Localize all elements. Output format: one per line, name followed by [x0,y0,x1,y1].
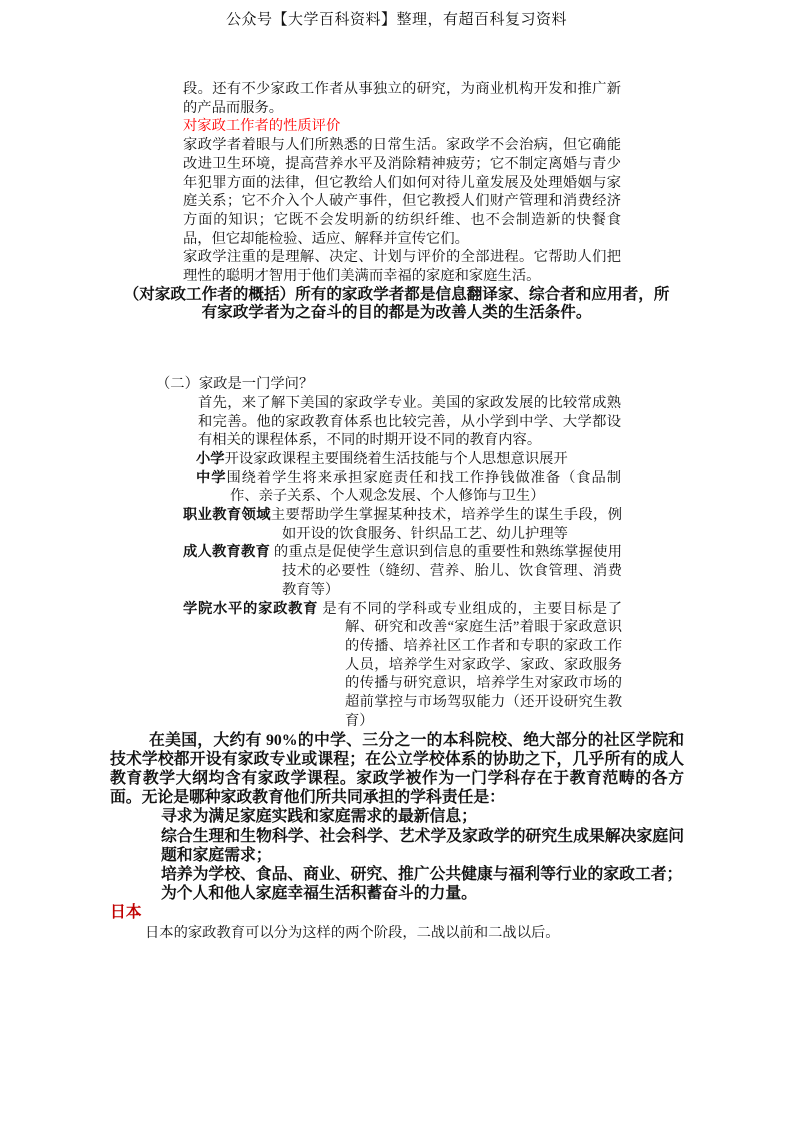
level-label-middle: 中学 [196,470,226,486]
responsibility-item-strength: 为个人和他人家庭幸福生活积蓄奋斗的力量。 [110,884,684,903]
paragraph-bold-summary: （对家政工作者的概括）所有的家政学者都是信息翻译家、综合者和应用者，所有家政学者… [118,286,675,323]
page-header-watermark: 公众号【大学百科资料】整理，有超百科复习资料 [0,8,793,29]
paragraph-us-intro: 首先，来了解下美国的家政学专业。美国的家政发展的比较常成熟和完善。他的家政教育体… [198,394,621,450]
level-text-primary: 开设家政课程主要围绕着生活技能与个人思想意识展开 [225,451,568,467]
list-item-adult-education: 成人教育教育 的重点是促使学生意识到信息的重要性和熟练掌握使用技术的必要性（缝纫… [282,543,622,599]
level-label-college: 学院水平的家政教育 [183,601,318,617]
paragraph-us-statistics: 在美国，大约有 90%的中学、三分之一的本科院校、绝大部分的社区学院和技术学校都… [110,731,684,808]
document-page: 公众号【大学百科资料】整理，有超百科复习资料 段。还有不少家政工作者从事独立的研… [0,0,793,1122]
section-heading-two: （二）家政是一门学问？ [156,375,621,394]
level-text-college: 是有不同的学科或专业组成的，主要目标是了解、研究和改善“家庭生活”着眼于家政意识… [318,601,622,729]
list-item-primary-school: 小学开设家政课程主要围绕着生活技能与个人思想意识展开 [196,450,621,469]
level-text-middle: 围绕着学生将来承担家庭责任和找工作挣钱做准备（食品制作、亲子关系、个人观念发展、… [226,470,621,505]
level-label-adult: 成人教育教育 [183,544,270,560]
paragraph-evaluation-detail: 家政学者着眼与人们所熟悉的日常生活。家政学不会治病，但它确能改进卫生环境，提高营… [183,136,621,248]
paragraph-intro-continuation: 段。还有不少家政工作者从事独立的研究，为商业机构开发和推广新的产品而服务。 [183,80,621,117]
responsibility-item-information: 寻求为满足家庭实践和家庭需求的最新信息； [161,807,684,826]
level-text-adult: 的重点是促使学生意识到信息的重要性和熟练掌握使用技术的必要性（缝纫、营养、胎儿、… [270,544,622,597]
level-label-vocational: 职业教育领域 [183,507,271,523]
responsibility-item-research: 综合生理和生物科学、社会科学、艺术学及家政学的研究生成果解决家庭问题和家庭需求； [161,827,684,865]
list-item-college: 学院水平的家政教育 是有不同的学科或专业组成的，主要目标是了解、研究和改善“家庭… [345,600,622,731]
paragraph-japan-intro: 日本的家政教育可以分为这样的两个阶段，二战以前和二战以后。 [110,923,673,944]
responsibility-item-workers: 培养为学校、食品、商业、研究、推广公共健康与福利等行业的家政工者； [110,865,684,884]
level-text-vocational: 主要帮助学生掌握某种技术，培养学生的谋生手段，例如开设的饮食服务、针织品工艺、幼… [271,507,622,542]
document-content: 段。还有不少家政工作者从事独立的研究，为商业机构开发和推广新的产品而服务。 对家… [0,80,793,944]
list-item-middle-school: 中学围绕着学生将来承担家庭责任和找工作挣钱做准备（食品制作、亲子关系、个人观念发… [230,469,621,506]
list-item-vocational: 职业教育领域主要帮助学生掌握某种技术，培养学生的谋生手段，例如开设的饮食服务、针… [282,506,622,543]
level-label-primary: 小学 [196,451,225,467]
red-heading-evaluation: 对家政工作者的性质评价 [183,117,621,136]
paragraph-process: 家政学注重的是理解、决定、计划与评价的全部进程。它帮助人们把理性的聪明才智用于他… [183,248,621,285]
red-heading-japan: 日本 [110,903,793,923]
